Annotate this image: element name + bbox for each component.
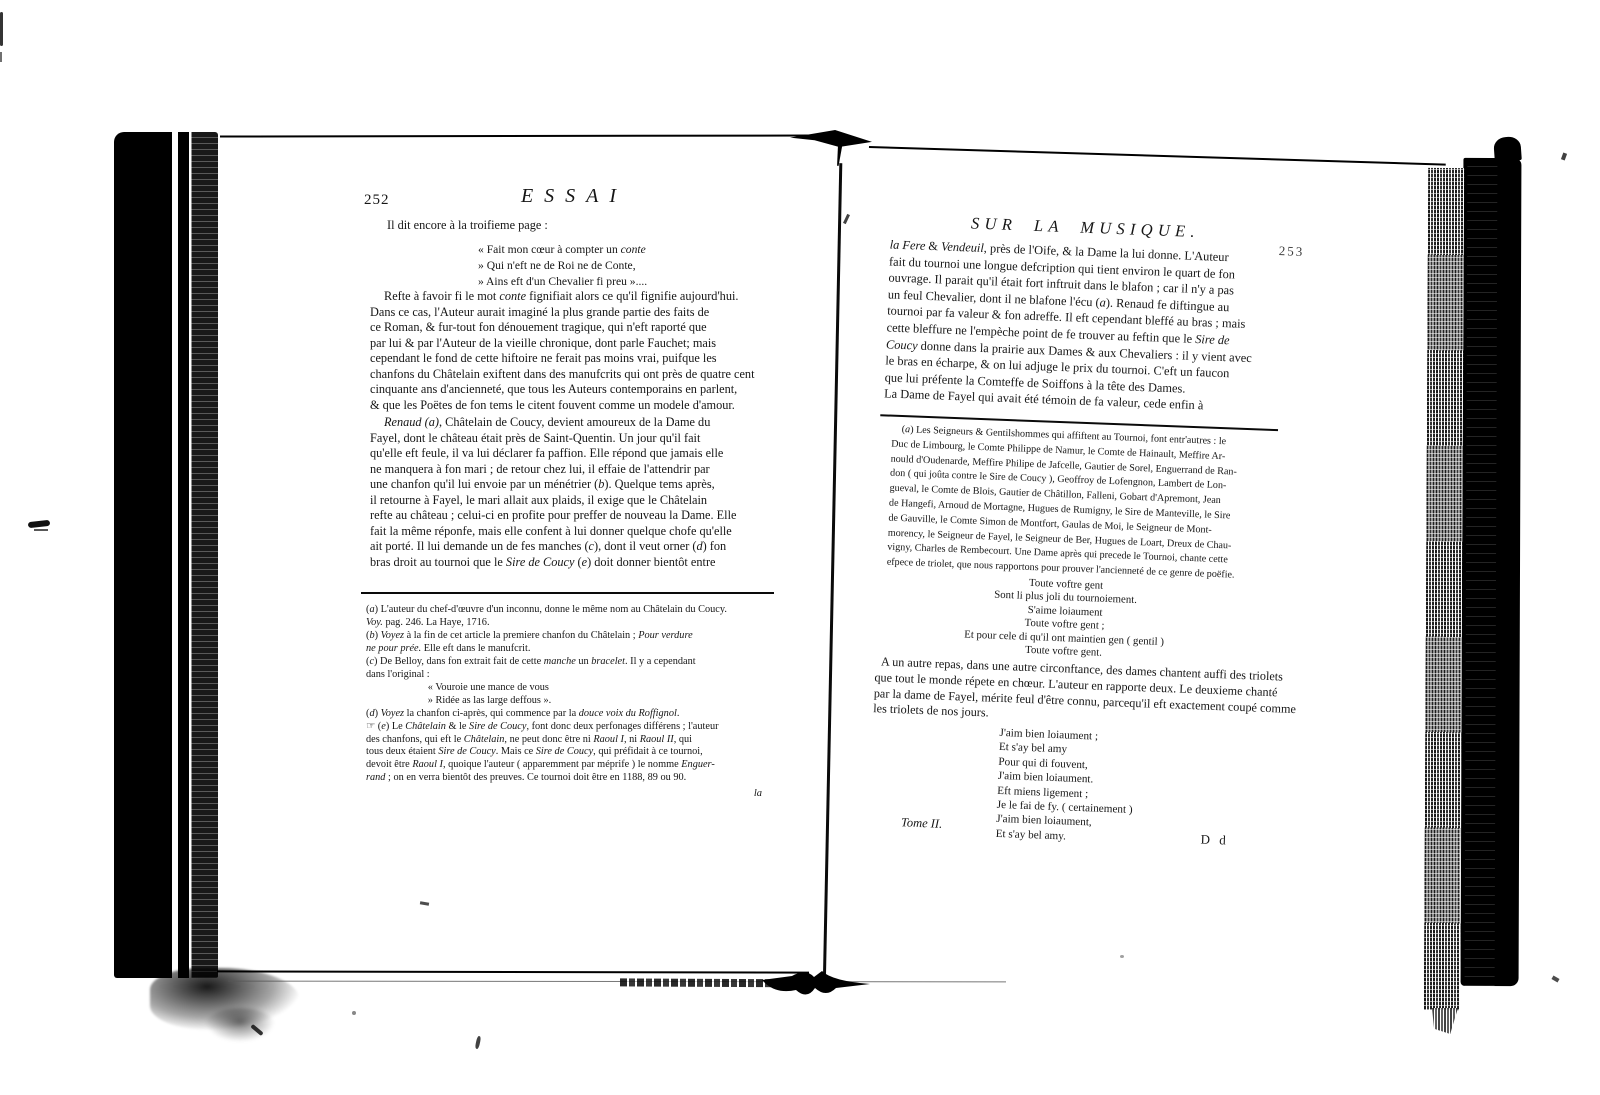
ink-speck bbox=[1120, 955, 1124, 958]
body-paragraph-2: Renaud (a), Châtelain de Coucy, devient … bbox=[370, 415, 778, 570]
ink-speck bbox=[0, 52, 2, 62]
ink-speck bbox=[28, 520, 51, 528]
ink-blob-shape bbox=[762, 968, 872, 1006]
triolet-verse-1: Toute voftre gentSont li plus joli du to… bbox=[883, 572, 1246, 666]
book-scan: 252 ESSAI Il dit encore à la troifieme p… bbox=[0, 0, 1600, 1095]
right-page-edge-streaks bbox=[1424, 168, 1464, 1010]
ink-speck bbox=[1551, 976, 1559, 983]
left-page-bottom-edge-line bbox=[217, 970, 809, 974]
ink-blot-bottom-left-2 bbox=[205, 1008, 275, 1042]
body-paragraphs: la Fere & Vendeuil, près de l'Oife, & la… bbox=[884, 236, 1288, 417]
gutter-bottom-ink-blob bbox=[762, 968, 872, 1006]
body-paragraph-3: A un autre repas, dans une autre circonf… bbox=[873, 654, 1273, 732]
ink-speck bbox=[34, 529, 48, 531]
left-page-top-edge-line bbox=[220, 134, 810, 137]
ink-speck bbox=[843, 214, 850, 224]
left-page: 252 ESSAI Il dit encore à la troifieme p… bbox=[358, 185, 778, 835]
tome-label: Tome II. bbox=[901, 815, 943, 832]
signature-mark: D d bbox=[1200, 832, 1229, 849]
left-running-title: ESSAI bbox=[358, 185, 784, 208]
page-edge-streaks bbox=[191, 132, 218, 978]
ink-speck bbox=[0, 12, 3, 46]
book-gutter-line bbox=[823, 163, 842, 975]
body-paragraph-1: Refte à favoir fi le mot conte fignifiai… bbox=[370, 289, 778, 413]
right-page: SUR LA MUSIQUE. 253 la Fere & Vendeuil, … bbox=[854, 210, 1290, 875]
ink-speck bbox=[1561, 153, 1567, 161]
footnotes: (a) L'auteur du chef-d'œuvre d'un inconn… bbox=[366, 604, 776, 785]
intro-line: Il dit encore à la troifieme page : bbox=[370, 218, 548, 233]
footnote-rule bbox=[361, 592, 774, 594]
page-edge-pocks bbox=[1465, 158, 1498, 986]
gutter-top-ink-blob bbox=[790, 130, 872, 147]
verse-quote: « Fait mon cœur à compter un conte» Qui … bbox=[478, 242, 647, 291]
right-page-top-edge-line bbox=[869, 146, 1446, 166]
ink-speck bbox=[420, 901, 429, 906]
scan-thumb-mark bbox=[1493, 136, 1522, 162]
triolet-verse-2: J'aim bien loiaument ;Et s'ay bel amyPou… bbox=[995, 726, 1135, 846]
bottom-faint-line bbox=[228, 981, 1006, 983]
scan-left-page-edge-band bbox=[114, 132, 218, 978]
scan-right-page-edge-band bbox=[1461, 158, 1522, 986]
right-page-edge-tail bbox=[1432, 1008, 1458, 1034]
ink-speck bbox=[352, 1011, 356, 1015]
catchword: la bbox=[754, 788, 762, 799]
ink-speck bbox=[475, 1036, 482, 1050]
footnotes: (a) Les Seigneurs & Gentilshommes qui af… bbox=[886, 423, 1277, 585]
